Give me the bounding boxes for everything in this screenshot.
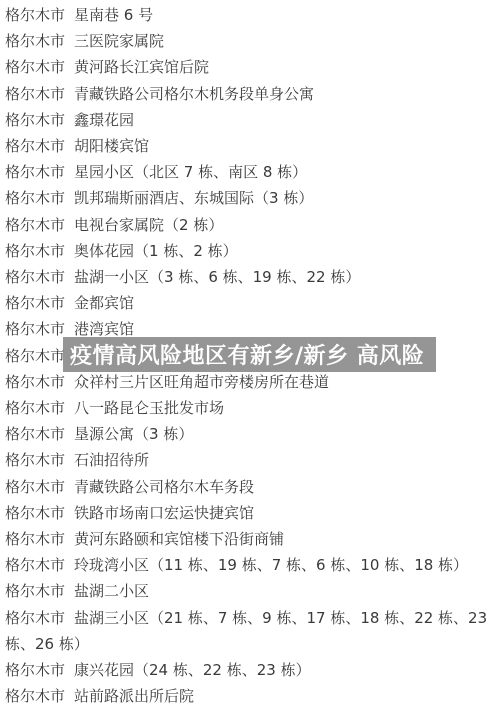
list-item: 格尔木市青藏铁路公司格尔木机务段单身公寓 <box>5 81 494 107</box>
address-text: 港湾宾馆 <box>74 320 134 338</box>
list-item: 格尔木市胡阳楼宾馆 <box>5 133 494 159</box>
address-text: 垦源公寓（3 栋） <box>74 425 193 443</box>
city-label: 格尔木市 <box>5 268 65 286</box>
city-label: 格尔木市 <box>5 242 65 260</box>
address-text: 黄河路长江宾馆后院 <box>74 58 209 76</box>
city-label: 格尔木市 <box>5 58 65 76</box>
city-label: 格尔木市 <box>5 373 65 391</box>
list-item: 格尔木市石油招待所 <box>5 447 494 473</box>
city-label: 格尔木市 <box>5 451 65 469</box>
address-text: 星园小区（北区 7 栋、南区 8 栋） <box>74 163 307 181</box>
address-text: 黄河东路颐和宾馆楼下沿街商铺 <box>74 530 284 548</box>
address-text: 电视台家属院（2 栋） <box>74 216 223 234</box>
city-label: 格尔木市 <box>5 163 65 181</box>
city-label: 格尔木市 <box>5 556 65 574</box>
address-text: 青藏铁路公司格尔木车务段 <box>74 478 254 496</box>
address-text: 三医院家属院 <box>74 32 164 50</box>
list-item: 格尔木市星南巷 6 号 <box>5 2 494 28</box>
address-text: 鑫璟花园 <box>74 111 134 129</box>
address-text: 青藏铁路公司格尔木机务段单身公寓 <box>74 85 314 103</box>
list-item: 格尔木市盐湖二小区 <box>5 578 494 604</box>
city-label: 格尔木市 <box>5 582 65 600</box>
address-text: 玲珑湾小区（11 栋、19 栋、7 栋、6 栋、10 栋、18 栋） <box>74 556 468 574</box>
headline-banner: 疫情高风险地区有新乡/新乡 高风险 <box>63 337 436 372</box>
list-item: 格尔木市铁路市场南口宏运快捷宾馆 <box>5 500 494 526</box>
address-text: 石油招待所 <box>74 451 149 469</box>
city-label: 格尔木市 <box>5 609 65 627</box>
city-label: 格尔木市 <box>5 530 65 548</box>
city-label: 格尔木市 <box>5 85 65 103</box>
list-item: 格尔木市黄河东路颐和宾馆楼下沿街商铺 <box>5 526 494 552</box>
list-item: 格尔木市八一路昆仑玉批发市场 <box>5 395 494 421</box>
list-item: 格尔木市电视台家属院（2 栋） <box>5 212 494 238</box>
address-text: 铁路市场南口宏运快捷宾馆 <box>74 504 254 522</box>
address-text: 星南巷 6 号 <box>74 6 153 24</box>
list-item: 格尔木市垦源公寓（3 栋） <box>5 421 494 447</box>
list-item: 格尔木市星园小区（北区 7 栋、南区 8 栋） <box>5 159 494 185</box>
address-text: 凯邦瑞斯丽酒店、东城国际（3 栋） <box>74 189 313 207</box>
address-text: 金都宾馆 <box>74 294 134 312</box>
address-text: 盐湖一小区（3 栋、6 栋、19 栋、22 栋） <box>74 268 360 286</box>
list-item: 格尔木市盐湖一小区（3 栋、6 栋、19 栋、22 栋） <box>5 264 494 290</box>
list-item: 格尔木市众祥村三片区旺角超市旁楼房所在巷道 <box>5 369 494 395</box>
city-label: 格尔木市 <box>5 425 65 443</box>
city-label: 格尔木市 <box>5 478 65 496</box>
list-item: 格尔木市盐湖三小区（21 栋、7 栋、9 栋、17 栋、18 栋、22 栋、23… <box>5 605 494 657</box>
city-label: 格尔木市 <box>5 661 65 679</box>
list-item: 格尔木市鑫璟花园 <box>5 107 494 133</box>
address-text: 胡阳楼宾馆 <box>74 137 149 155</box>
list-item: 格尔木市奥体花园（1 栋、2 栋） <box>5 238 494 264</box>
list-item: 格尔木市站前路派出所后院 <box>5 683 494 707</box>
address-text: 康兴花园（24 栋、22 栋、23 栋） <box>74 661 311 679</box>
city-label: 格尔木市 <box>5 137 65 155</box>
list-item: 格尔木市青藏铁路公司格尔木车务段 <box>5 474 494 500</box>
list-item: 格尔木市凯邦瑞斯丽酒店、东城国际（3 栋） <box>5 185 494 211</box>
address-text: 众祥村三片区旺角超市旁楼房所在巷道 <box>74 373 329 391</box>
list-item: 格尔木市康兴花园（24 栋、22 栋、23 栋） <box>5 657 494 683</box>
address-text: 奥体花园（1 栋、2 栋） <box>74 242 238 260</box>
city-label: 格尔木市 <box>5 347 65 365</box>
list-item: 格尔木市金都宾馆 <box>5 290 494 316</box>
city-label: 格尔木市 <box>5 32 65 50</box>
address-text: 盐湖二小区 <box>74 582 149 600</box>
address-text: 八一路昆仑玉批发市场 <box>74 399 224 417</box>
city-label: 格尔木市 <box>5 294 65 312</box>
list-item: 格尔木市黄河路长江宾馆后院 <box>5 54 494 80</box>
address-text: 站前路派出所后院 <box>74 687 194 705</box>
address-text: 盐湖三小区（21 栋、7 栋、9 栋、17 栋、18 栋、22 栋、23 栋、2… <box>5 609 487 653</box>
city-label: 格尔木市 <box>5 399 65 417</box>
city-label: 格尔木市 <box>5 6 65 24</box>
city-label: 格尔木市 <box>5 687 65 705</box>
city-label: 格尔木市 <box>5 504 65 522</box>
city-label: 格尔木市 <box>5 189 65 207</box>
city-label: 格尔木市 <box>5 216 65 234</box>
city-label: 格尔木市 <box>5 111 65 129</box>
list-item: 格尔木市玲珑湾小区（11 栋、19 栋、7 栋、6 栋、10 栋、18 栋） <box>5 552 494 578</box>
headline-text: 疫情高风险地区有新乡/新乡 高风险 <box>70 339 424 370</box>
city-label: 格尔木市 <box>5 320 65 338</box>
list-item: 格尔木市三医院家属院 <box>5 28 494 54</box>
